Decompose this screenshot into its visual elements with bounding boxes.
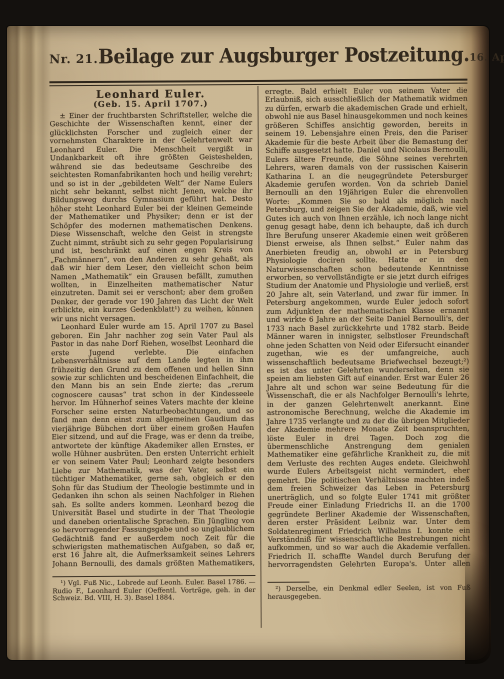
newspaper-title: Beilage zur Augsburger Postzeitung. <box>98 44 469 69</box>
article-body: Leonhard Euler. (Geb. 15. April 1707.) ±… <box>49 87 470 576</box>
body-paragraph: ± Einer der fruchtbarsten Schriftsteller… <box>50 111 254 324</box>
masthead: Nr. 21. Beilage zur Augsburger Postzeitu… <box>49 45 467 80</box>
footnote-text: ¹) Vgl. Fuß Nic., Lobrede auf Leonh. Eul… <box>52 579 255 603</box>
footnote-rule <box>52 575 255 577</box>
page-content-wrapper: Nr. 21. Beilage zur Augsburger Postzeitu… <box>5 25 491 662</box>
footnote-right: ²) Derselbe, ein Denkmal edler Seelen, i… <box>267 581 470 601</box>
footnote-rule <box>267 582 309 583</box>
scanned-book-page: Nr. 21. Beilage zur Augsburger Postzeitu… <box>7 26 489 660</box>
article-subtitle: (Geb. 15. April 1707.) <box>50 99 253 109</box>
footnote-left: ¹) Vgl. Fuß Nic., Lobrede auf Leonh. Eul… <box>52 575 255 603</box>
issue-number: Nr. 21. <box>49 52 98 66</box>
issue-date: 16. April 1897. <box>469 52 504 64</box>
footnote-text: ²) Derselbe, ein Denkmal edler Seelen, i… <box>267 585 470 601</box>
